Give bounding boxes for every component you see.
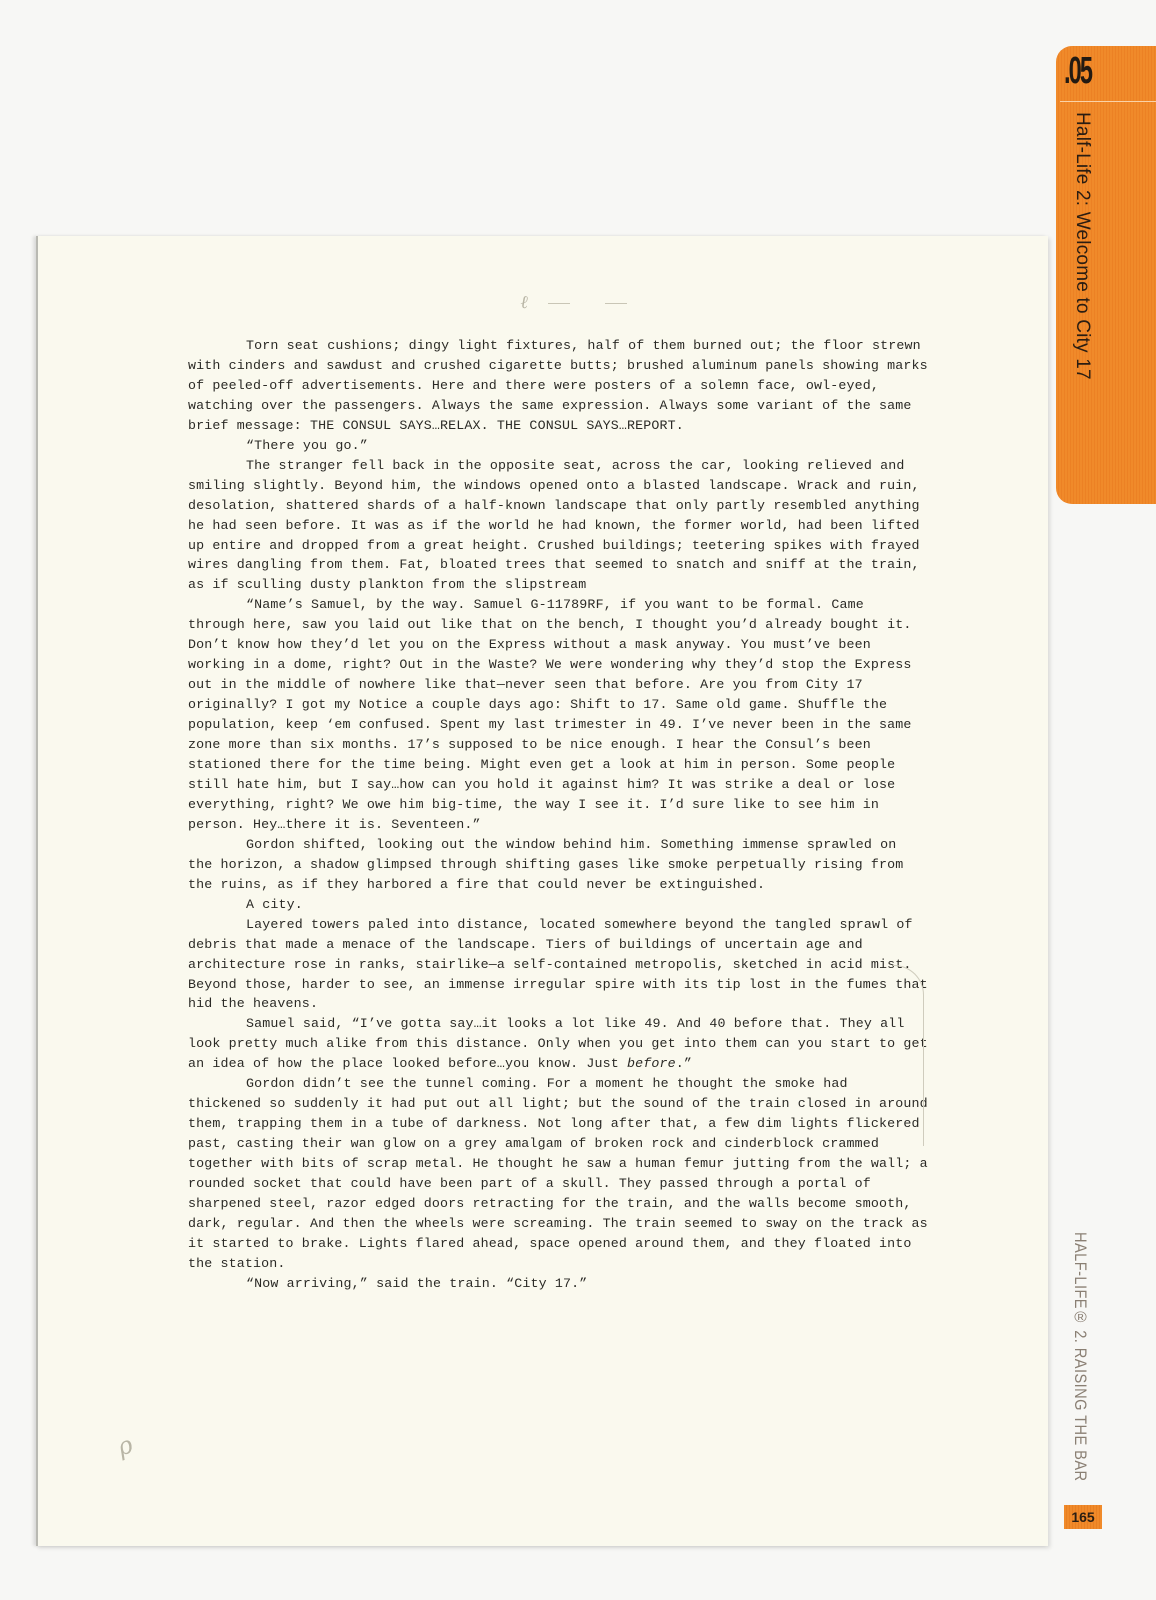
chapter-title: Half-Life 2: Welcome to City 17 [1071,112,1093,380]
paragraph: “Name’s Samuel, by the way. Samuel G-117… [188,595,928,834]
paragraph: “There you go.” [188,436,928,456]
italic-word: before [627,1056,676,1071]
manuscript-text: Torn seat cushions; dingy light fixtures… [188,336,928,1294]
pencil-curve-mark [893,965,924,1146]
paragraph: Samuel said, “I’ve gotta say…it looks a … [188,1014,928,1074]
paragraph: Gordon shifted, looking out the window b… [188,835,928,895]
paragraph: “Now arriving,” said the train. “City 17… [188,1274,928,1294]
paragraph: Torn seat cushions; dingy light fixtures… [188,336,928,436]
page-number: 165 [1064,1505,1102,1529]
running-head: HALF-LIFE® 2. RAISING THE BAR [1070,1232,1090,1482]
paragraph: Gordon didn’t see the tunnel coming. For… [188,1074,928,1274]
paragraph: The stranger fell back in the opposite s… [188,456,928,596]
chapter-divider [1060,101,1156,102]
pencil-mark-line [605,303,627,304]
pencil-mark-line [548,303,570,304]
paragraph-text: Samuel said, “I’ve gotta say…it looks a … [188,1016,928,1071]
paragraph: Layered towers paled into distance, loca… [188,915,928,1015]
manuscript-page: Torn seat cushions; dingy light fixtures… [36,236,1048,1546]
paragraph-tail: .” [676,1056,692,1071]
chapter-number: .05 [1064,50,1091,93]
paragraph: A city. [188,895,928,915]
